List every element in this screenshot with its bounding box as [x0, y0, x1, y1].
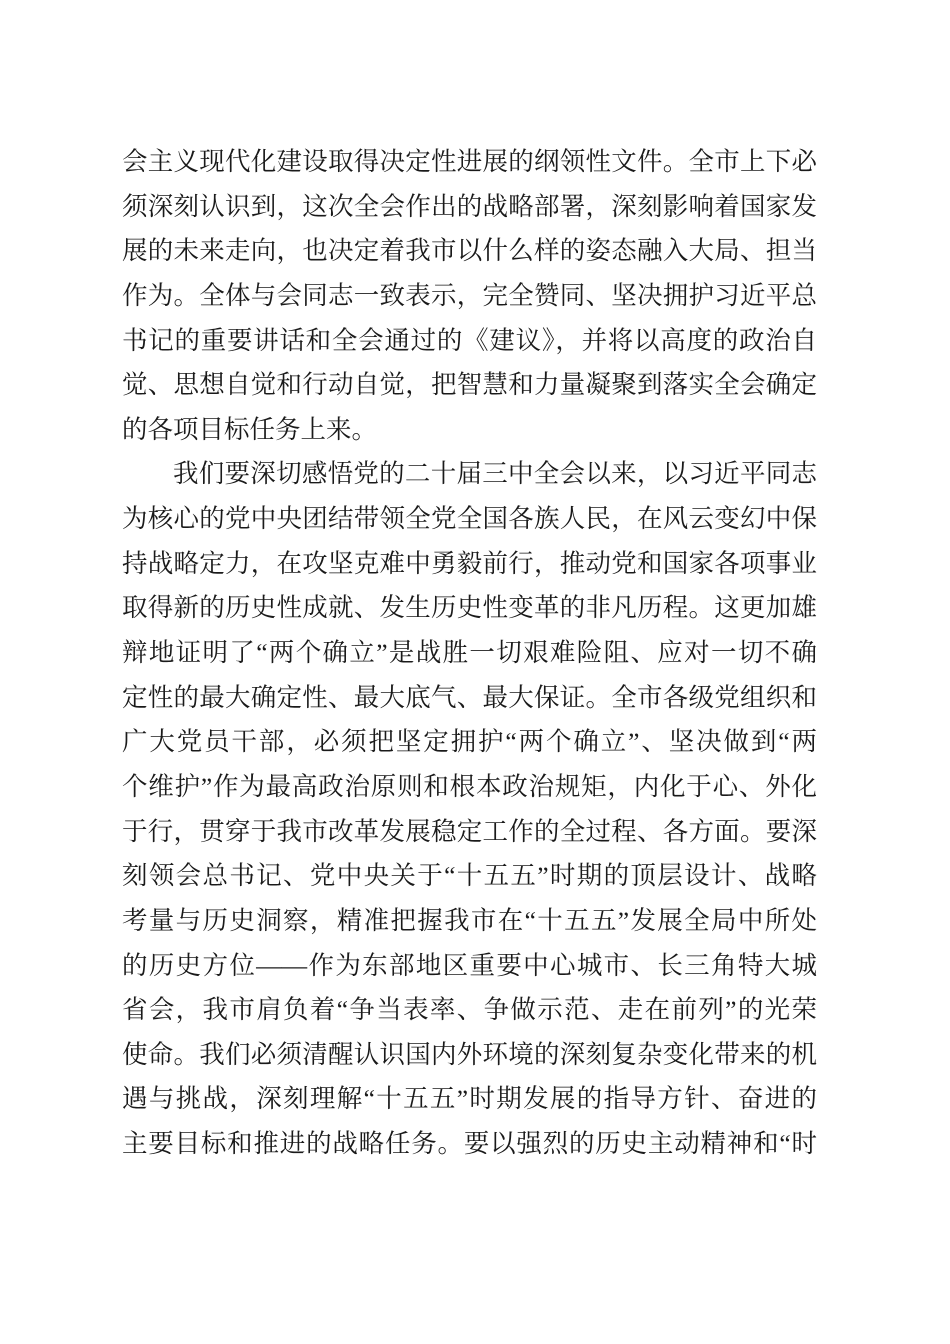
text-line: 省会，我市肩负着“争当表率、争做示范、走在前列”的光荣 [122, 988, 817, 1033]
text-line: 会主义现代化建设取得决定性进展的纲领性文件。全市上下必 [122, 140, 817, 185]
text-line: 辩地证明了“两个确立”是战胜一切艰难险阻、应对一切不确 [122, 631, 817, 676]
text-line: 为核心的党中央团结带领全党全国各族人民，在风云变幻中保 [122, 497, 817, 542]
text-line: 主要目标和推进的战略任务。要以强烈的历史主动精神和“时 [122, 1122, 817, 1167]
text-line: 刻领会总书记、党中央关于“十五五”时期的顶层设计、战略 [122, 854, 817, 899]
text-line: 个维护”作为最高政治原则和根本政治规矩，内化于心、外化 [122, 765, 817, 810]
paragraph-2: 我们要深切感悟党的二十届三中全会以来，以习近平同志 为核心的党中央团结带领全党全… [122, 452, 817, 1166]
text-line: 使命。我们必须清醒认识国内外环境的深刻复杂变化带来的机 [122, 1033, 817, 1078]
text-line: 持战略定力，在攻坚克难中勇毅前行，推动党和国家各项事业 [122, 542, 817, 587]
text-line: 于行，贯穿于我市改革发展稳定工作的全过程、各方面。要深 [122, 810, 817, 855]
text-block: 会主义现代化建设取得决定性进展的纲领性文件。全市上下必 须深刻认识到，这次全会作… [122, 140, 817, 1167]
text-line: 的各项目标任务上来。 [122, 408, 817, 453]
text-line: 展的未来走向，也决定着我市以什么样的姿态融入大局、担当 [122, 229, 817, 274]
text-line: 取得新的历史性成就、发生历史性变革的非凡历程。这更加雄 [122, 586, 817, 631]
text-line: 的历史方位——作为东部地区重要中心城市、长三角特大城市、 [122, 944, 817, 989]
text-line: 广大党员干部，必须把坚定拥护“两个确立”、坚决做到“两 [122, 720, 817, 765]
text-line: 觉、思想自觉和行动自觉，把智慧和力量凝聚到落实全会确定 [122, 363, 817, 408]
text-line: 定性的最大确定性、最大底气、最大保证。全市各级党组织和 [122, 676, 817, 721]
document-page: 会主义现代化建设取得决定性进展的纲领性文件。全市上下必 须深刻认识到，这次全会作… [0, 0, 950, 1344]
text-line: 须深刻认识到，这次全会作出的战略部署，深刻影响着国家发 [122, 185, 817, 230]
text-line: 考量与历史洞察，精准把握我市在“十五五”发展全局中所处 [122, 899, 817, 944]
text-line: 我们要深切感悟党的二十届三中全会以来，以习近平同志 [122, 452, 817, 497]
paragraph-1: 会主义现代化建设取得决定性进展的纲领性文件。全市上下必 须深刻认识到，这次全会作… [122, 140, 817, 452]
text-line: 作为。全体与会同志一致表示，完全赞同、坚决拥护习近平总 [122, 274, 817, 319]
text-line: 遇与挑战，深刻理解“十五五”时期发展的指导方针、奋进的 [122, 1077, 817, 1122]
text-line: 书记的重要讲话和全会通过的《建议》，并将以高度的政治自 [122, 319, 817, 364]
